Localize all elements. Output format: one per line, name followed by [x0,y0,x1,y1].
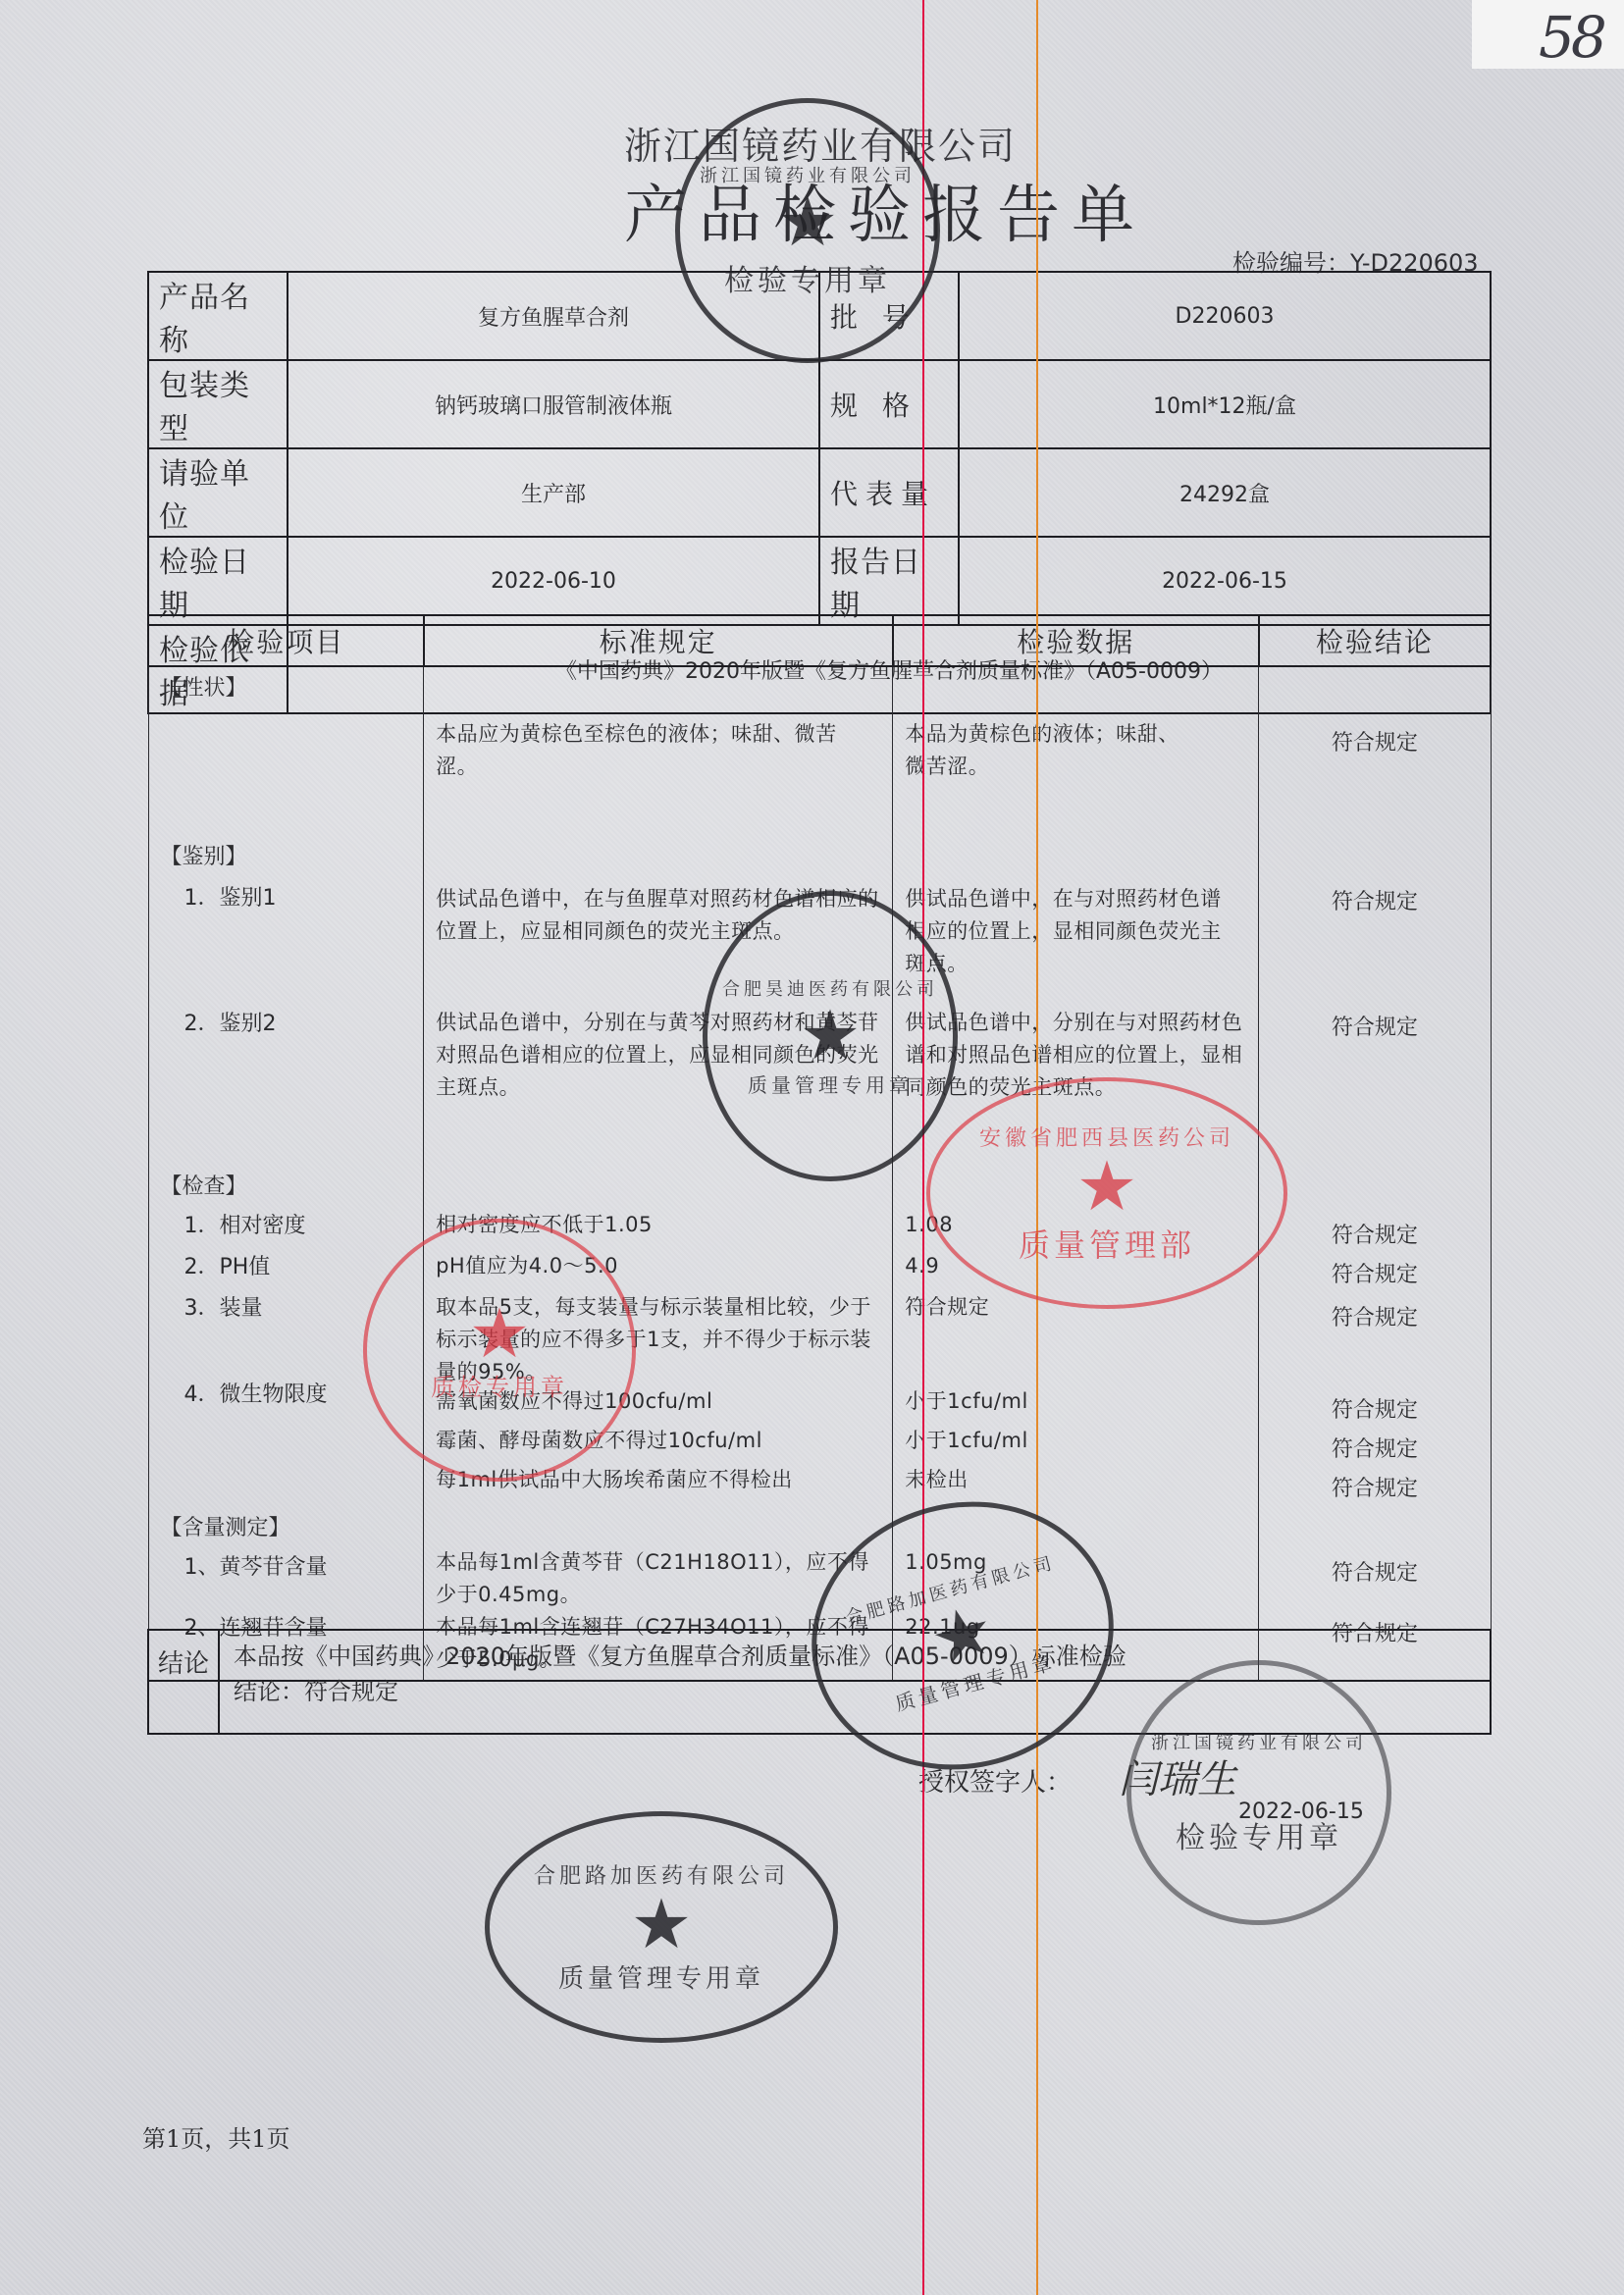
standard-ph: pH值应为4.0～5.0 [436,1250,618,1282]
report-date-value: 2022-06-15 [959,537,1491,625]
item-baicalin: 1、黄芩苷含量 [161,1550,328,1581]
header-conclusion: 检验结论 [1259,615,1491,666]
product-name-value: 复方鱼腥草合剂 [288,272,819,360]
standard-identification-2: 供试品色谱中，分别在与黄芩对照药材和黄芩苷对照品色谱相应的位置上，应显相同颜色的… [436,1007,887,1104]
handwritten-page-mark: 58 [1539,4,1603,71]
item-microbial-limit: 4．微生物限度 [161,1378,328,1408]
batch-value: D220603 [959,272,1491,360]
data-appearance: 本品为黄棕色的液体；味甜、微苦涩。 [905,718,1199,783]
conclusion-ph: 符合规定 [1271,1258,1478,1288]
conclusion-ecoli: 符合规定 [1271,1472,1478,1502]
section-assay: 【含量测定】 [161,1511,290,1541]
conclusion-baicalin: 符合规定 [1271,1556,1478,1587]
standard-ecoli: 每1ml供试品中大肠埃希菌应不得检出 [436,1464,793,1496]
section-inspection: 【检查】 [161,1170,247,1200]
scan-line-red [922,0,924,2295]
standard-relative-density: 相对密度应不低于1.05 [436,1209,653,1241]
standard-baicalin: 本品每1ml含黄芩苷（C21H18O11），应不得少于0.45mg。 [436,1546,887,1611]
data-relative-density: 1.08 [905,1209,953,1241]
data-ecoli: 未检出 [905,1464,969,1496]
conclusion-aerobic-count: 符合规定 [1271,1393,1478,1424]
item-fill-volume: 3．装量 [161,1291,263,1322]
test-date-value: 2022-06-10 [288,537,819,625]
conclusion-fill-volume: 符合规定 [1271,1301,1478,1331]
data-identification-1: 供试品色谱中，在与对照药材色谱相应的位置上，显相同颜色荧光主斑点。 [905,883,1229,980]
section-identification: 【鉴别】 [161,840,247,870]
report-date-label: 报告日期 [819,537,959,625]
product-name-label: 产品名称 [148,272,288,360]
data-fill-volume: 符合规定 [905,1291,989,1324]
batch-label: 批 号 [819,272,959,360]
results-table: 检验项目 标准规定 检验数据 检验结论 【性状】 【鉴别】 1．鉴别1 2．鉴别… [147,614,1492,1682]
package-value: 钠钙玻璃口服管制液体瓶 [288,360,819,448]
requester-value: 生产部 [288,448,819,537]
conclusion-identification-2: 符合规定 [1271,1011,1478,1041]
standard-mold-yeast: 霉菌、酵母菌数应不得过10cfu/ml [436,1425,762,1457]
scan-line-orange [1036,0,1038,2295]
conclusion-label: 结论 [149,1631,220,1733]
quantity-value: 24292盒 [959,448,1491,537]
item-identification-2: 2．鉴别2 [161,1007,277,1037]
standard-identification-1: 供试品色谱中，在与鱼腥草对照药材色谱相应的位置上，应显相同颜色的荧光主斑点。 [436,883,887,948]
table-row: 【性状】 【鉴别】 1．鉴别1 2．鉴别2 【检查】 1．相对密度 2．PH值 … [148,666,1491,1681]
section-appearance: 【性状】 [161,671,247,702]
header-item: 检验项目 [148,615,424,666]
signature-date: 2022-06-15 [1238,1799,1364,1824]
page-footer: 第1页，共1页 [142,2119,290,2154]
spec-label: 规 格 [819,360,959,448]
conclusion-box: 结论 本品按《中国药典》2020年版暨《复方鱼腥草合剂质量标准》（A05-000… [147,1629,1492,1735]
header-standard: 标准规定 [424,615,893,666]
signer-label: 授权签字人： [918,1762,1072,1799]
conclusion-line-1: 本品按《中国药典》2020年版暨《复方鱼腥草合剂质量标准》（A05-0009）标… [234,1639,1126,1674]
conclusion-identification-1: 符合规定 [1271,885,1478,915]
data-identification-2: 供试品色谱中，分别在与对照药材色谱和对照品色谱相应的位置上，显相同颜色的荧光主斑… [905,1007,1248,1104]
item-relative-density: 1．相对密度 [161,1209,306,1239]
company-name: 浙江国镜药业有限公司 [624,116,1017,170]
document-title: 产品检验报告单 [624,165,1146,255]
handwritten-signature: 闫瑞生 [1119,1748,1236,1804]
requester-label: 请验单位 [148,448,288,537]
quantity-label: 代表量 [819,448,959,537]
header-data: 检验数据 [893,615,1259,666]
package-label: 包装类型 [148,360,288,448]
standard-aerobic-count: 需氧菌数应不得过100cfu/ml [436,1385,712,1418]
conclusion-appearance: 符合规定 [1271,726,1478,756]
test-date-label: 检验日期 [148,537,288,625]
data-baicalin: 1.05mg [905,1546,987,1579]
conclusion-relative-density: 符合规定 [1271,1219,1478,1249]
item-identification-1: 1．鉴别1 [161,881,277,912]
conclusion-mold-yeast: 符合规定 [1271,1433,1478,1463]
spec-value: 10ml*12瓶/盒 [959,360,1491,448]
standard-fill-volume: 取本品5支，每支装量与标示装量相比较，少于标示装量的应不得多于1支，并不得少于标… [436,1291,887,1388]
standard-appearance: 本品应为黄棕色至棕色的液体；味甜、微苦涩。 [436,718,848,783]
conclusion-line-2: 结论：符合规定 [234,1674,1126,1709]
item-ph: 2．PH值 [161,1250,271,1280]
